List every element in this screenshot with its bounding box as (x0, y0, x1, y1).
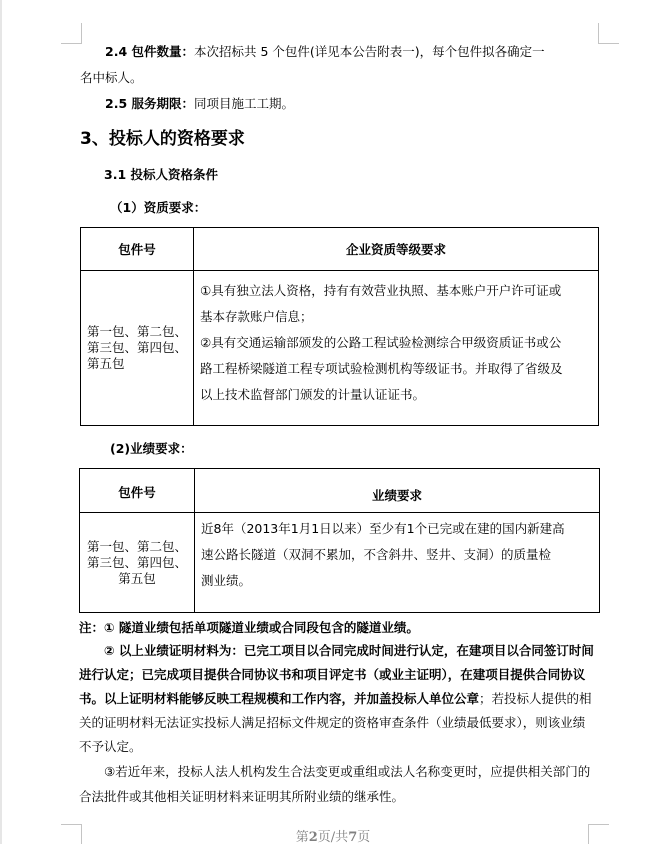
item-2-4-label: 2.4 包件数量： (105, 44, 194, 59)
qualification-table-header-row: 包件号 企业资质等级要求 (81, 228, 599, 271)
crop-mark-top-right (598, 23, 619, 44)
item-2-5: 2.5 服务期限：同项目施工工期。 (105, 96, 294, 112)
requirement-line: 基本存款账户信息； (200, 304, 592, 330)
performance-heading: (2)业绩要求： (110, 441, 193, 457)
note-2-line3: 书。以上证明材料能够反映工程规模和工作内容，并加盖投标人单位公章；若投标人提供的… (79, 691, 592, 707)
item-2-4-line1: 2.4 包件数量：本次招标共 5 个包件(详见本公告附表一)，每个包件拟各确定一 (105, 44, 545, 60)
footer-page-number: 2 (309, 830, 318, 844)
table-row: 第一包、第二包、 第三包、第四包、 第五包 近8年（2013年1月1日以来）至少… (80, 513, 600, 613)
note-2-line3-normal: ；若投标人提供的相 (479, 691, 592, 706)
qualification-header-requirement: 企业资质等级要求 (194, 228, 599, 271)
packages-line: 第三包、第四包、 (86, 555, 188, 571)
requirement-line: 近8年（2013年1月1日以来）至少有1个已完或在建的国内新建高 (201, 516, 593, 542)
qualification-table: 包件号 企业资质等级要求 第一包、第二包、 第三包、第四包、 第五包 ①具有独立… (80, 227, 599, 426)
item-2-5-label: 2.5 服务期限： (105, 96, 194, 111)
qualification-requirement-cell: ①具有独立法人资格，持有有效营业执照、基本账户开户许可证或 基本存款账户信息； … (194, 271, 599, 426)
item-2-4-line2: 名中标人。 (80, 70, 143, 86)
packages-line: 第一包、第二包、 (86, 539, 188, 555)
performance-packages-cell: 第一包、第二包、 第三包、第四包、 第五包 (80, 513, 195, 613)
requirement-line: 以上技术监督部门颁发的计量认证证书。 (200, 382, 592, 408)
qualification-heading: （1）资质要求： (110, 200, 206, 216)
packages-line: 第五包 (86, 571, 188, 587)
requirement-line: 测业绩。 (201, 568, 593, 594)
item-2-4-text: 本次招标共 5 个包件(详见本公告附表一)，每个包件拟各确定一 (194, 44, 545, 59)
table-row: 第一包、第二包、 第三包、第四包、 第五包 ①具有独立法人资格，持有有效营业执照… (81, 271, 599, 426)
packages-line: 第三包、第四包、 (87, 340, 187, 356)
performance-requirement-cell: 近8年（2013年1月1日以来）至少有1个已完或在建的国内新建高 速公路长隧道（… (195, 513, 600, 613)
note-2-line1: ② 以上业绩证明材料为：已完工项目以合同完成时间进行认定，在建项目以合同签订时间 (104, 643, 594, 659)
requirement-line: 路工程桥梁隧道工程专项试验检测机构等级证书。并取得了省级及 (200, 356, 592, 382)
performance-header-requirement: 业绩要求 (195, 469, 600, 513)
page-footer: 第2页/共7页 (0, 826, 666, 844)
note-2-line5: 不予认定。 (79, 739, 142, 755)
note-2-line3-bold: 书。以上证明材料能够反映工程规模和工作内容，并加盖投标人单位公章 (79, 691, 479, 706)
requirement-line: ①具有独立法人资格，持有有效营业执照、基本账户开户许可证或 (200, 278, 592, 304)
subheading-3-1: 3.1 投标人资格条件 (104, 167, 218, 183)
footer-prefix: 第 (296, 830, 309, 844)
note-3-line2: 合法批件或其他相关证明材料来证明其所附业绩的继承性。 (79, 789, 404, 805)
note-2-line2: 进行认定；已完成项目提供合同协议书和项目评定书（或业主证明），在建项目提供合同协… (79, 667, 585, 683)
crop-mark-top-left (61, 23, 82, 44)
note-3-line1: ③若近年来，投标人法人机构发生合法变更或重组或法人名称变更时，应提供相关部门的 (104, 764, 590, 780)
footer-suffix: 页 (357, 830, 370, 844)
qualification-header-package: 包件号 (81, 228, 194, 271)
performance-table: 包件号 业绩要求 第一包、第二包、 第三包、第四包、 第五包 近8年（2013年… (79, 468, 600, 613)
performance-header-package: 包件号 (80, 469, 195, 513)
requirement-line: ②具有交通运输部颁发的公路工程试验检测综合甲级资质证书或公 (200, 330, 592, 356)
requirement-line: 速公路长隧道（双洞不累加，不含斜井、竖井、支洞）的质量检 (201, 542, 593, 568)
footer-total-pages: 7 (348, 830, 357, 844)
packages-line: 第一包、第二包、 (87, 324, 187, 340)
qualification-packages-cell: 第一包、第二包、 第三包、第四包、 第五包 (81, 271, 194, 426)
note-2-line4: 关的证明材料无法证实投标人满足招标文件规定的资格审查条件（业绩最低要求），则该业… (79, 715, 585, 731)
section-3-heading: 3、投标人的资格要求 (80, 128, 245, 150)
packages-line: 第五包 (87, 356, 187, 372)
performance-table-header-row: 包件号 业绩要求 (80, 469, 600, 513)
item-2-5-text: 同项目施工工期。 (194, 96, 294, 111)
footer-middle: 页/共 (318, 830, 348, 844)
page-left-edge (0, 0, 2, 844)
note-1: 注：① 隧道业绩包括单项隧道业绩或合同段包含的隧道业绩。 (79, 620, 419, 636)
